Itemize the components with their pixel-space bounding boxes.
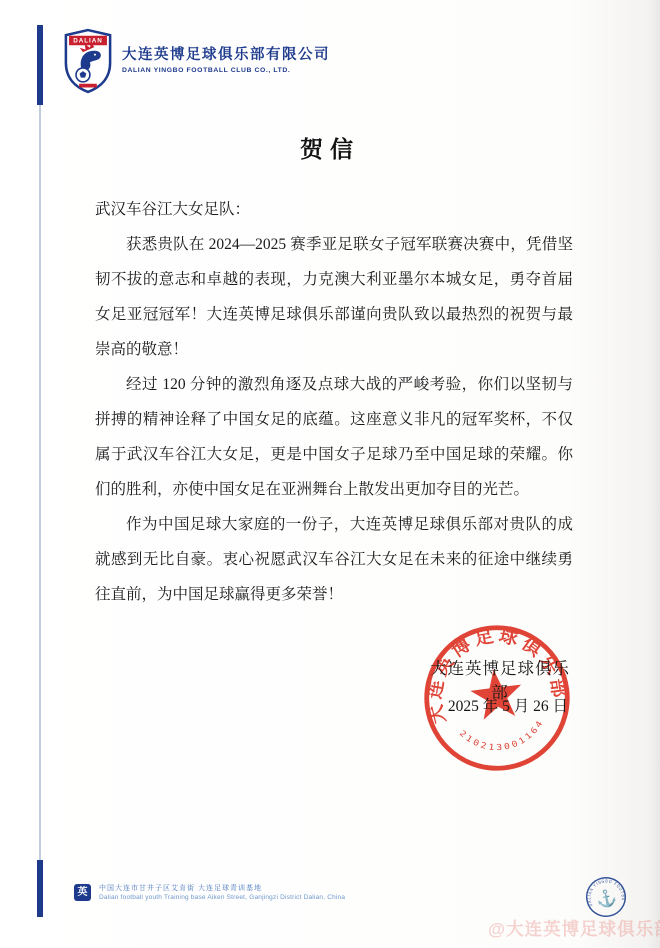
- anchor-icon: ⚓: [594, 887, 618, 910]
- footer-address-cn: 中国大连市甘井子区艾肯街 大连足球青训基地: [99, 884, 345, 893]
- left-rule-thin: [39, 105, 41, 860]
- date-line: 2025 年 5 月 26 日: [438, 694, 578, 716]
- paragraph-1: 获悉贵队在 2024—2025 赛季亚足联女子冠军联赛决赛中，凭借坚韧不拔的意志…: [95, 227, 573, 367]
- salutation: 武汉车谷江大女足队：: [95, 192, 573, 227]
- company-name-cn: 大连英博足球俱乐部有限公司: [122, 48, 330, 63]
- paragraph-2: 经过 120 分钟的激烈角逐及点球大战的严峻考验，你们以坚韧与拼搏的精神诠释了中…: [95, 367, 573, 507]
- letter-title: 贺信: [0, 131, 660, 164]
- company-header: 大连英博足球俱乐部有限公司 DALIAN YINGBO FOOTBALL CLU…: [122, 48, 330, 74]
- paragraph-3: 作为中国足球大家庭的一份子，大连英博足球俱乐部对贵队的成就感到无比自豪。衷心祝愿…: [95, 507, 573, 612]
- footer-address-en: Dalian football youth Training base Aike…: [99, 893, 345, 902]
- letter-page: DALIAN 大连英博足球俱乐部有限公司 DALIAN YINGBO FOOTB…: [0, 0, 660, 948]
- left-rule-bottom: [37, 860, 43, 917]
- letter-body: 武汉车谷江大女足队： 获悉贵队在 2024—2025 赛季亚足联女子冠军联赛决赛…: [95, 192, 573, 612]
- club-crest-logo: DALIAN: [64, 27, 112, 95]
- footer-club-icon: 英: [74, 884, 91, 901]
- company-name-en: DALIAN YINGBO FOOTBALL CLUB CO., LTD.: [122, 68, 330, 75]
- left-rule-top: [37, 25, 43, 105]
- footer-address-text: 中国大连市甘井子区艾肯街 大连足球青训基地 Dalian football yo…: [99, 884, 345, 902]
- logo-banner-text: DALIAN: [73, 38, 102, 45]
- photo-watermark: @大连英博足球俱乐部: [488, 916, 660, 941]
- footer-address-block: 英 中国大连市甘井子区艾肯街 大连足球青训基地 Dalian football …: [74, 884, 345, 902]
